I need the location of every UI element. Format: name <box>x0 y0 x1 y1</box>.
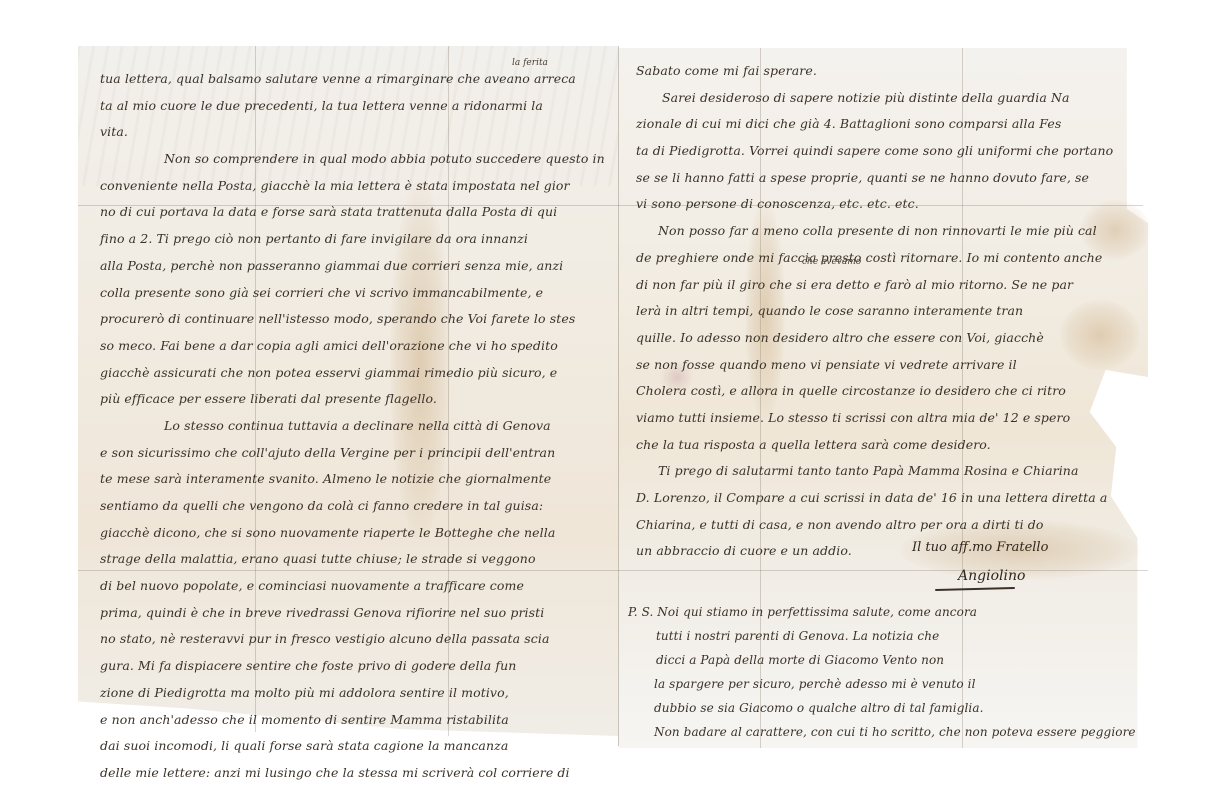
text-line: Sarei desideroso di sapere notizie più d… <box>636 85 1146 112</box>
text-line: un abbraccio di cuore e un addio. <box>636 538 1146 565</box>
text-line: zionale di cui mi dici che già 4. Battag… <box>636 111 1146 138</box>
interlinear-note: la ferita <box>512 58 548 68</box>
text-line: la spargere per sicuro, perchè adesso mi… <box>618 672 1118 696</box>
text-line: D. Lorenzo, il Compare a cui scrissi in … <box>636 485 1146 512</box>
text-line: gura. Mi fa dispiacere sentire che foste… <box>100 653 615 680</box>
text-line: delle mie lettere: anzi mi lusingo che l… <box>100 760 615 787</box>
text-line: tua lettera, qual balsamo salutare venne… <box>100 66 615 93</box>
left-page-text: tua lettera, qual balsamo salutare venne… <box>100 66 615 787</box>
text-line: Non posso far a meno colla presente di n… <box>636 218 1146 245</box>
text-line: che la tua risposta a quella lettera sar… <box>636 432 1146 459</box>
text-line: viamo tutti insieme. Lo stesso ti scriss… <box>636 405 1146 432</box>
text-line: giacchè dicono, che si sono nuovamente r… <box>100 520 615 547</box>
text-line: strage della malattia, erano quasi tutte… <box>100 546 615 573</box>
text-line: Sabato come mi fai sperare. <box>636 58 1146 85</box>
text-line: Non so comprendere in qual modo abbia po… <box>100 146 615 173</box>
text-line: Non badare al carattere, con cui ti ho s… <box>618 720 1118 744</box>
text-line: e son sicurissimo che coll'ajuto della V… <box>100 440 615 467</box>
text-line: di non far più il giro che si era detto … <box>636 272 1146 299</box>
text-line: e non anch'adesso che il momento di sent… <box>100 707 615 734</box>
text-line: conveniente nella Posta, giacchè la mia … <box>100 173 615 200</box>
closing: Il tuo aff.mo Fratello <box>912 540 1048 555</box>
text-line: procurerò di continuare nell'istesso mod… <box>100 306 615 333</box>
interlinear-note: che avevamo <box>802 257 861 267</box>
text-line: quille. Io adesso non desidero altro che… <box>636 325 1146 352</box>
text-line: ta di Piedigrotta. Vorrei quindi sapere … <box>636 138 1146 165</box>
text-line: Cholera costì, e allora in quelle circos… <box>636 378 1146 405</box>
letter-scan: tua lettera, qual balsamo salutare venne… <box>0 0 1223 800</box>
text-line: dubbio se sia Giacomo o qualche altro di… <box>618 696 1118 720</box>
text-line: dai suoi incomodi, li quali forse sarà s… <box>100 733 615 760</box>
text-line: Ti prego di salutarmi tanto tanto Papà M… <box>636 458 1146 485</box>
text-line: so meco. Fai bene a dar copia agli amici… <box>100 333 615 360</box>
text-line: te mese sarà interamente svanito. Almeno… <box>100 466 615 493</box>
text-line: lerà in altri tempi, quando le cose sara… <box>636 298 1146 325</box>
text-line: ta al mio cuore le due precedenti, la tu… <box>100 93 615 120</box>
text-line: Chiarina, e tutti di casa, e non avendo … <box>636 512 1146 539</box>
text-line: colla presente sono già sei corrieri che… <box>100 280 615 307</box>
text-line: giacchè assicurati che non potea esservi… <box>100 360 615 387</box>
text-line: vita. <box>100 119 615 146</box>
text-line: fino a 2. Ti prego ciò non pertanto di f… <box>100 226 615 253</box>
text-line: tutti i nostri parenti di Genova. La not… <box>618 624 1118 648</box>
text-line: no di cui portava la data e forse sarà s… <box>100 199 615 226</box>
postscript: P. S. Noi qui stiamo in perfettissima sa… <box>618 600 1118 744</box>
text-line: sentiamo da quelli che vengono da colà c… <box>100 493 615 520</box>
text-line: se se li hanno fatti a spese proprie, qu… <box>636 165 1146 192</box>
text-line: di bel nuovo popolate, e cominciasi nuov… <box>100 573 615 600</box>
text-line: se non fosse quando meno vi pensiate vi … <box>636 352 1146 379</box>
right-page-text: Sabato come mi fai sperare. Sarei deside… <box>636 58 1146 565</box>
text-line: vi sono persone di conoscenza, etc. etc.… <box>636 191 1146 218</box>
text-line: zione di Piedigrotta ma molto più mi add… <box>100 680 615 707</box>
text-line: prima, quindi è che in breve rivedrassi … <box>100 600 615 627</box>
text-line: no stato, nè resteravvi pur in fresco ve… <box>100 626 615 653</box>
text-line: più efficace per essere liberati dal pre… <box>100 386 615 413</box>
text-line: Lo stesso continua tuttavia a declinare … <box>100 413 615 440</box>
text-line: dicci a Papà della morte di Giacomo Vent… <box>618 648 1118 672</box>
signature: Angiolino <box>958 568 1025 584</box>
text-line: de preghiere onde mi faccia presto costì… <box>636 245 1146 272</box>
text-line: alla Posta, perchè non passeranno giamma… <box>100 253 615 280</box>
text-line: P. S. Noi qui stiamo in perfettissima sa… <box>618 600 1118 624</box>
